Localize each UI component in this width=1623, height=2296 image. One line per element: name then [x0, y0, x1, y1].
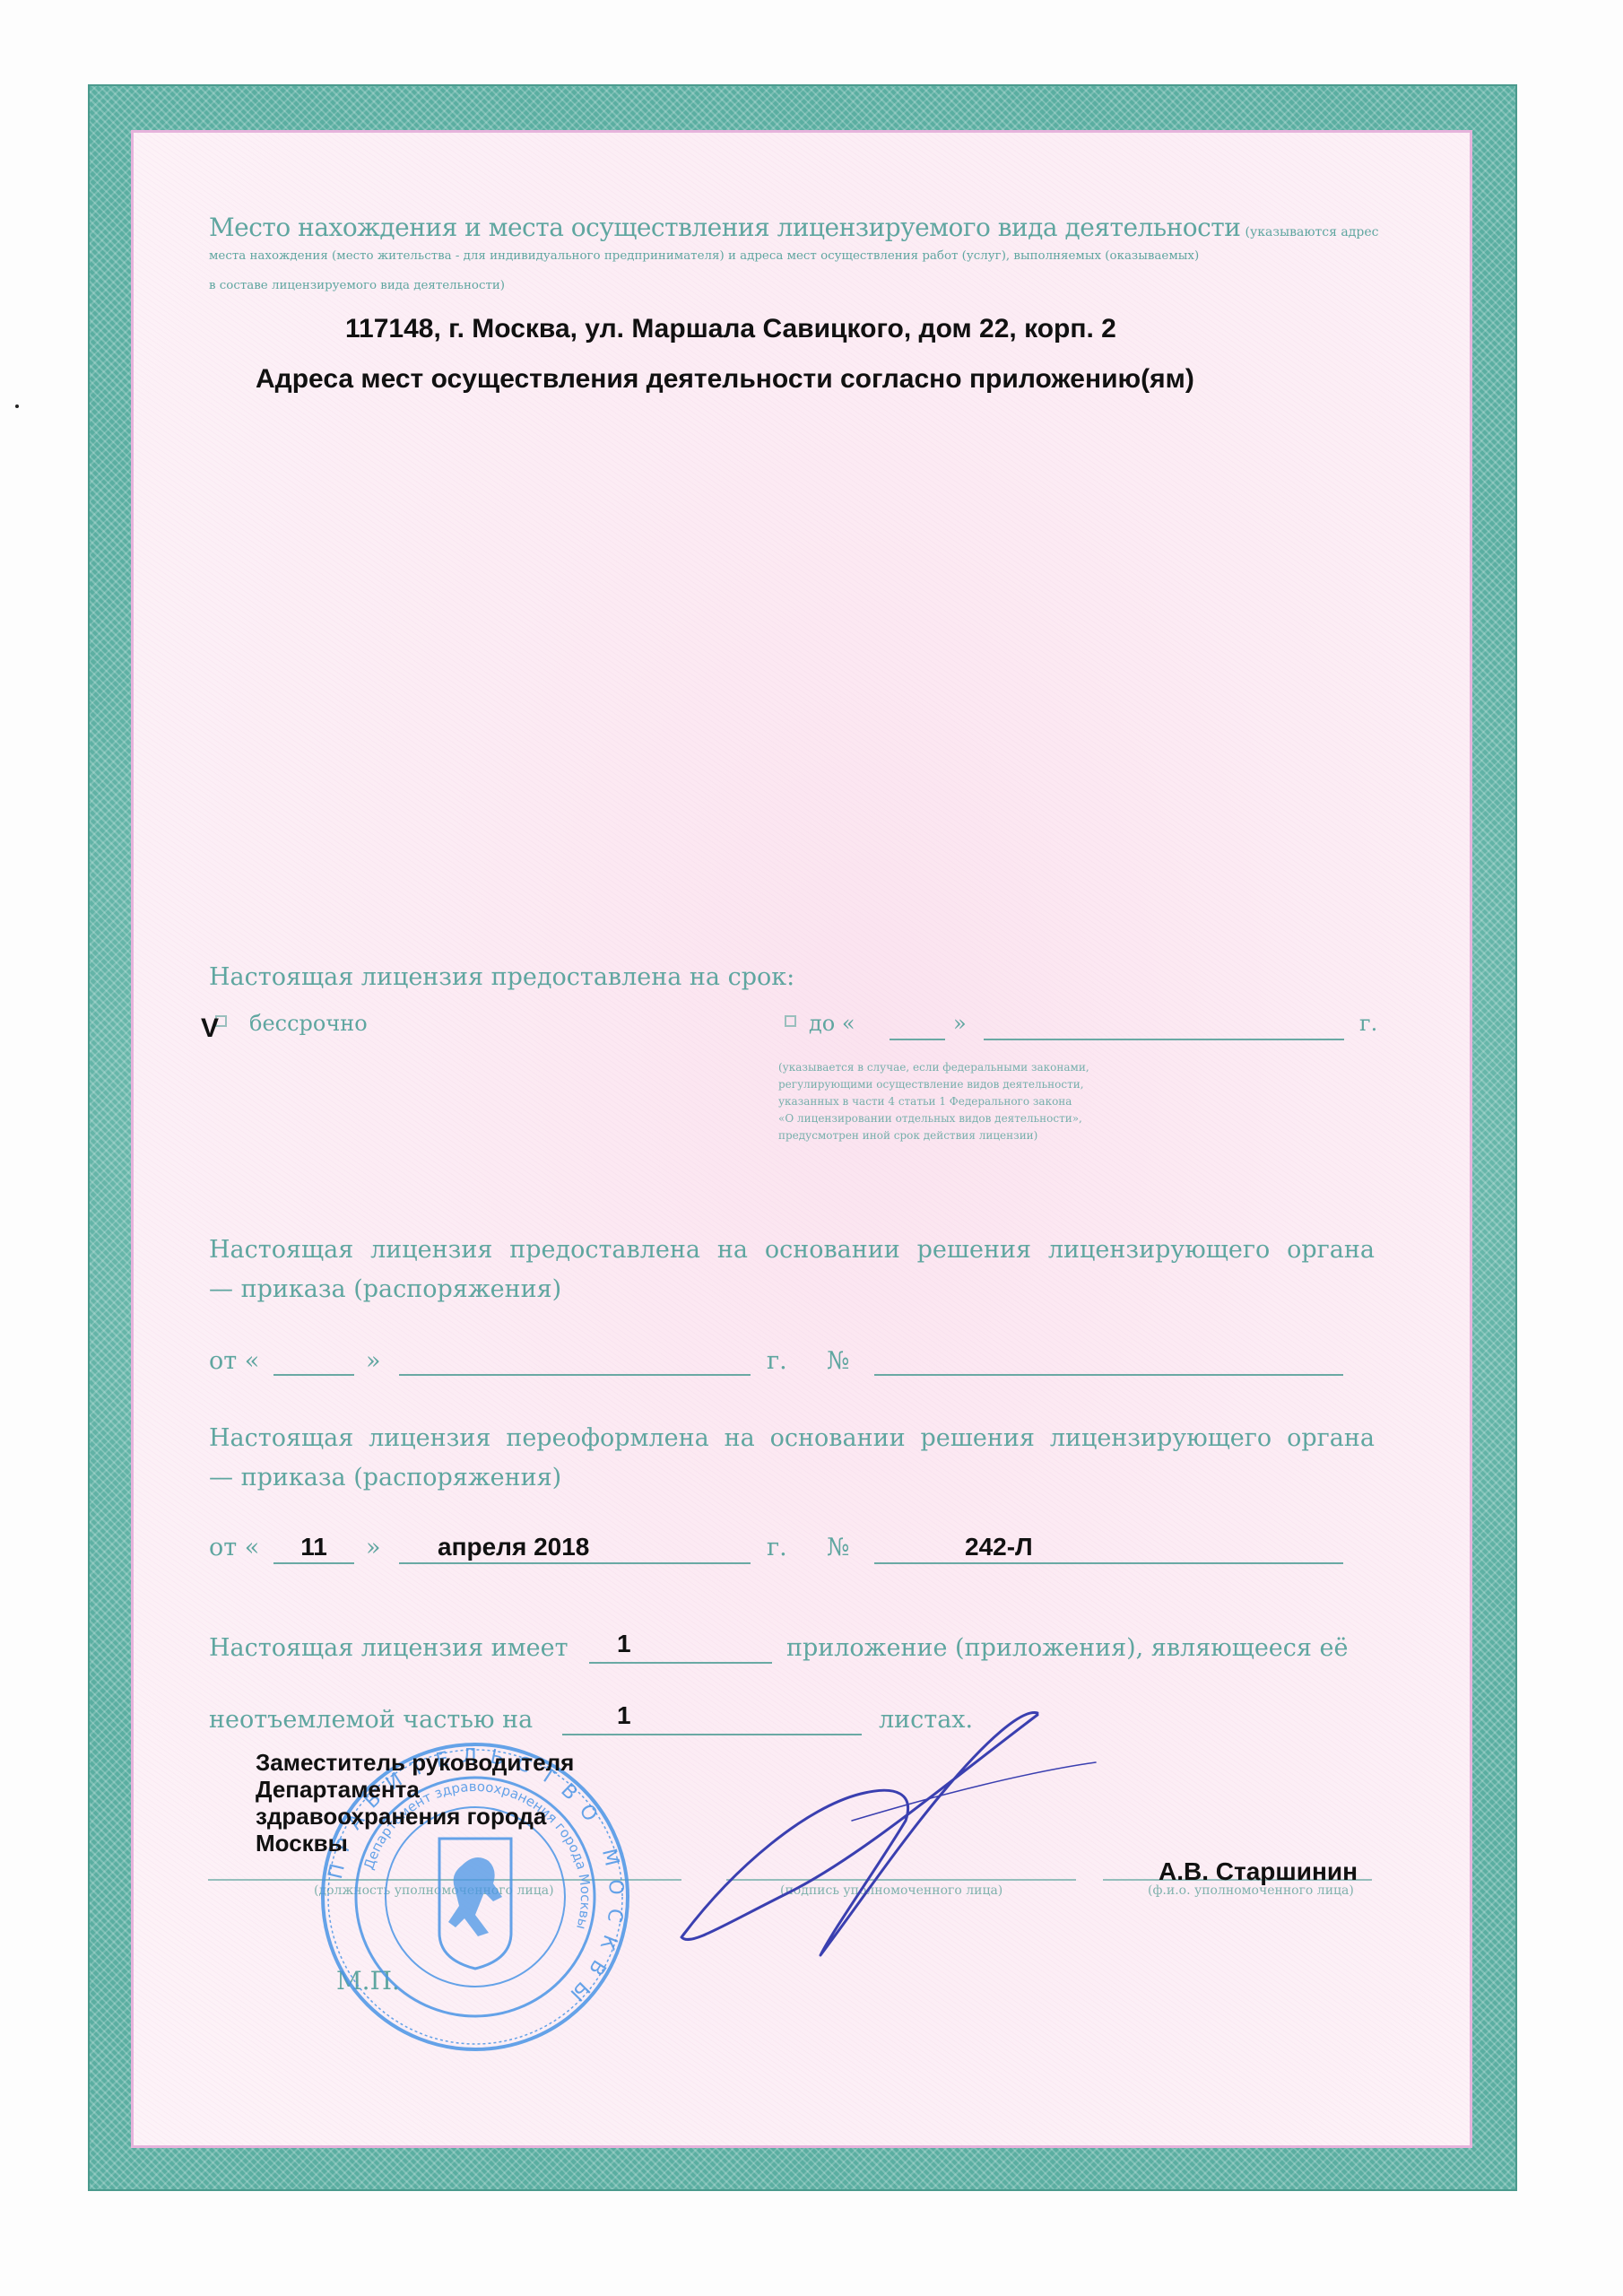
- until-date-line: [984, 1039, 1344, 1040]
- appendix-count-value: 1: [617, 1630, 631, 1658]
- location-hint-2: места нахождения (место жительства - для…: [209, 248, 1419, 265]
- scan-speck: [15, 404, 19, 408]
- reissued-day-value: 11: [273, 1533, 354, 1561]
- until-label: до «: [809, 1011, 855, 1036]
- reissued-year-suffix: г.: [767, 1534, 787, 1561]
- signature-line: [726, 1879, 1076, 1881]
- reissued-quote-close: »: [366, 1534, 381, 1561]
- granted-number-line: [874, 1374, 1343, 1376]
- reissued-text-1: Настоящая лицензия переоформлена на осно…: [209, 1424, 1375, 1452]
- check-mark: V: [201, 1013, 219, 1044]
- reissued-day-line: [273, 1562, 354, 1564]
- reissued-text-2: — приказа (распоряжения): [209, 1464, 561, 1492]
- indefinite-label: бессрочно: [249, 1011, 368, 1036]
- appendix-text-2b: листах.: [879, 1706, 973, 1734]
- appendix-sheets-value: 1: [617, 1701, 631, 1730]
- checkbox-until[interactable]: [785, 1015, 796, 1027]
- location-hint-3: в составе лицензируемого вида деятельнос…: [209, 277, 505, 295]
- signer-position-line: здравоохранения города: [256, 1803, 574, 1830]
- reissued-month-year-value: апреля 2018: [438, 1533, 589, 1561]
- term-hint-line: указанных в части 4 статьи 1 Федеральног…: [778, 1093, 1200, 1110]
- granted-year-suffix: г.: [767, 1347, 787, 1375]
- appendix-count-line: [589, 1662, 772, 1664]
- activity-addresses-value: Адреса мест осуществления деятельности с…: [256, 364, 1194, 395]
- term-hint-line: (указывается в случае, если федеральными…: [778, 1059, 1200, 1076]
- location-heading-block: Место нахождения и места осуществления л…: [209, 212, 1419, 248]
- appendix-text-1a: Настоящая лицензия имеет: [209, 1634, 568, 1662]
- term-hint-line: «О лицензировании отдельных видов деятел…: [778, 1110, 1200, 1127]
- until-year-suffix: г.: [1359, 1011, 1377, 1036]
- term-hint: (указывается в случае, если федеральными…: [778, 1059, 1200, 1144]
- location-heading: Место нахождения и места осуществления л…: [209, 213, 1240, 242]
- signer-position: Заместитель руководителя Департамента зд…: [256, 1749, 574, 1857]
- reissued-number-line: [874, 1562, 1343, 1564]
- signature-caption: (подпись уполномоченного лица): [780, 1883, 1002, 1898]
- signer-position-line: Заместитель руководителя: [256, 1749, 574, 1776]
- appendix-sheets-line: [562, 1734, 862, 1735]
- until-quote-close: »: [953, 1011, 967, 1036]
- signer-name: А.В. Старшинин: [1159, 1857, 1358, 1886]
- until-day-line: [890, 1039, 945, 1040]
- signer-position-line: Департамента: [256, 1776, 574, 1803]
- term-heading: Настоящая лицензия предоставлена на срок…: [209, 963, 794, 991]
- granted-day-line: [273, 1374, 354, 1376]
- reissued-date-line: [399, 1562, 751, 1564]
- signer-position-line: Москвы: [256, 1830, 574, 1857]
- appendix-text-1b: приложение (приложения), являющееся её: [786, 1634, 1348, 1662]
- granted-text-1: Настоящая лицензия предоставлена на осно…: [209, 1236, 1375, 1264]
- granted-date-line: [399, 1374, 751, 1376]
- term-hint-line: регулирующими осуществление видов деятел…: [778, 1076, 1200, 1093]
- reissued-number-value: 242-Л: [965, 1533, 1033, 1561]
- granted-number-label: №: [827, 1347, 850, 1375]
- granted-quote-close: »: [366, 1347, 381, 1375]
- granted-text-2: — приказа (распоряжения): [209, 1275, 561, 1303]
- term-hint-line: предусмотрен иной срок действия лицензии…: [778, 1127, 1200, 1144]
- reissued-number-label: №: [827, 1534, 850, 1561]
- location-hint-1: (указываются адрес: [1245, 225, 1379, 239]
- address-value: 117148, г. Москва, ул. Маршала Савицкого…: [345, 314, 1116, 344]
- granted-from-label: от «: [209, 1347, 259, 1375]
- appendix-text-2a: неотъемлемой частью на: [209, 1706, 533, 1734]
- reissued-from-label: от «: [209, 1534, 259, 1561]
